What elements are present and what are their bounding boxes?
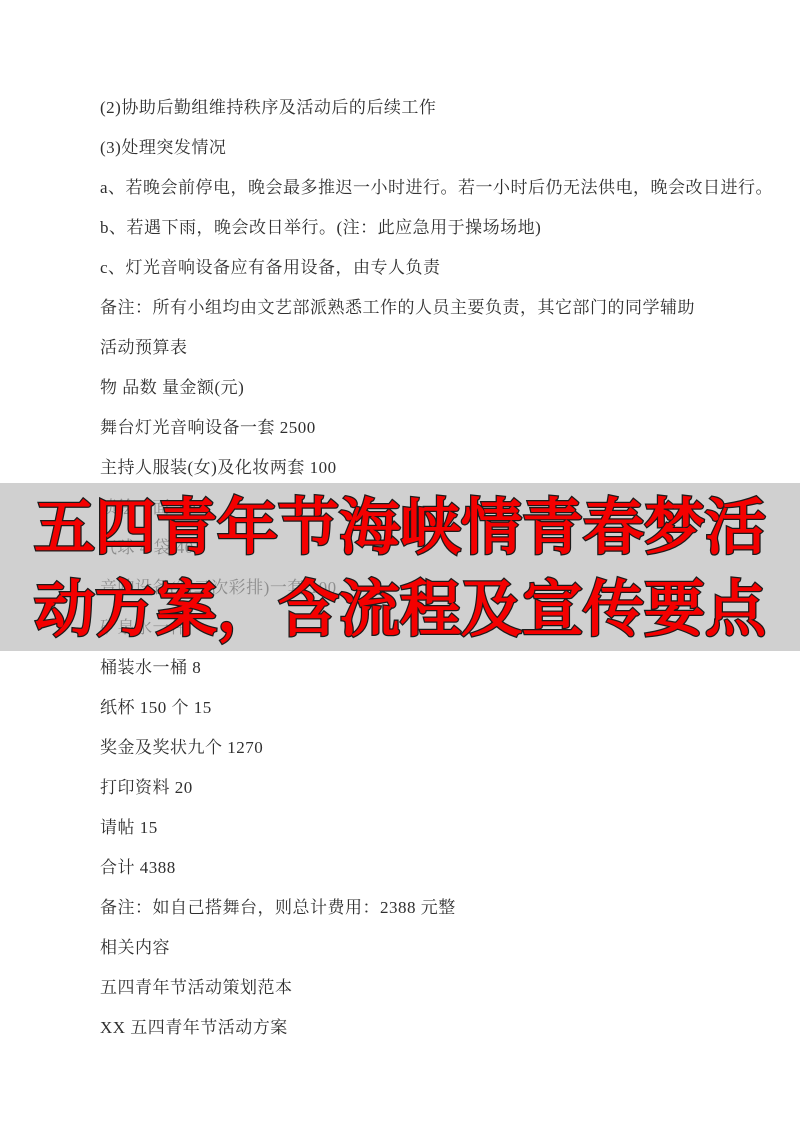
doc-line-budget-item: 舞台灯光音响设备一套 2500 (100, 408, 770, 448)
doc-line-budget-item: 请帖 15 (100, 808, 770, 848)
doc-line: c、灯光音响设备应有备用设备，由专人负责 (100, 248, 770, 288)
doc-line-related-item: 五四青年节活动策划范本 (100, 968, 770, 1008)
doc-line: 备注：所有小组均由文艺部派熟悉工作的人员主要负责，其它部门的同学辅助 (100, 288, 770, 328)
doc-line: (2)协助后勤组维持秩序及活动后的后续工作 (100, 88, 770, 128)
doc-line: (3)处理突发情况 (100, 128, 770, 168)
doc-line-budget-item: 桶装水一桶 8 (100, 648, 770, 688)
doc-line: b、若遇下雨，晚会改日举行。(注：此应急用于操场场地) (100, 208, 770, 248)
banner-title-line-1: 五四青年节海峡情青春梦活 (34, 489, 800, 565)
banner-title-line-2: 动方案，含流程及宣传要点 (34, 571, 800, 647)
doc-line-budget-item: 纸杯 150 个 15 (100, 688, 770, 728)
watermark-banner: 五四青年节海峡情青春梦活 动方案，含流程及宣传要点 (0, 483, 800, 651)
doc-line-related-item: XX 五四青年节活动方案 (100, 1008, 770, 1048)
doc-line-budget-item: 主持人服装(女)及化妆两套 100 (100, 448, 770, 488)
doc-line: 活动预算表 (100, 328, 770, 368)
doc-line-budget-item: 奖金及奖状九个 1270 (100, 728, 770, 768)
doc-line-budget-header: 物 品数 量金额(元) (100, 368, 770, 408)
doc-line-related-heading: 相关内容 (100, 928, 770, 968)
doc-line-budget-item: 打印资料 20 (100, 768, 770, 808)
doc-line: a、若晚会前停电，晚会最多推迟一小时进行。若一小时后仍无法供电，晚会改日进行。 (100, 168, 770, 208)
document-page: (2)协助后勤组维持秩序及活动后的后续工作 (3)处理突发情况 a、若晚会前停电… (0, 0, 800, 1132)
doc-line-note: 备注：如自己搭舞台，则总计费用：2388 元整 (100, 888, 770, 928)
doc-line-budget-total: 合计 4388 (100, 848, 770, 888)
